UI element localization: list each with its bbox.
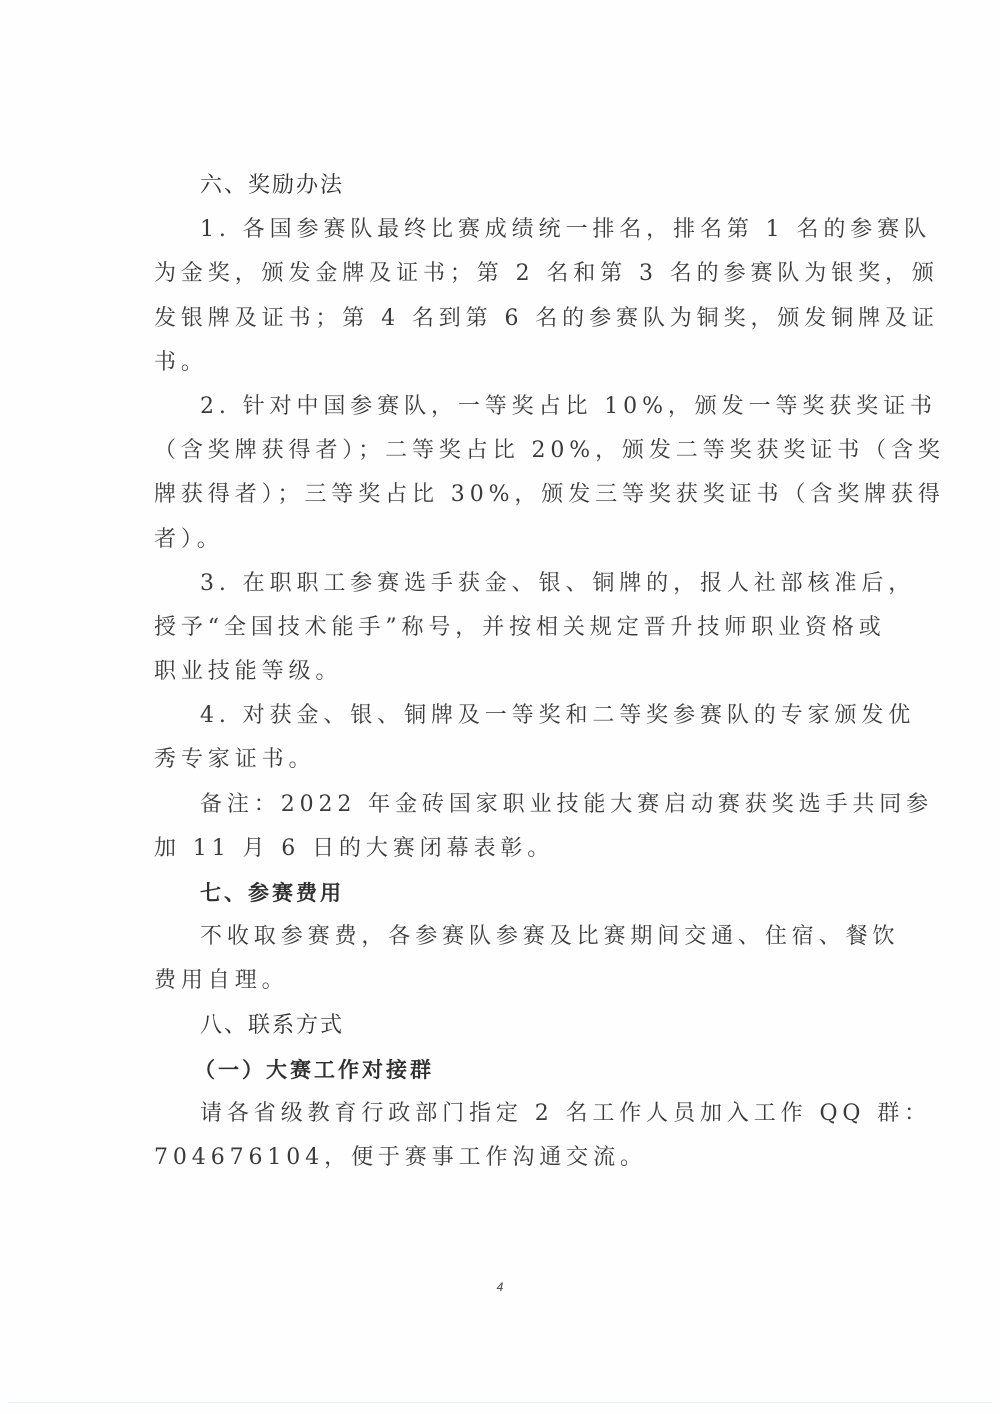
document-page: 六、奖励办法 1. 各国参赛队最终比赛成绩统一排名，排名第 1 名的参赛队 为金…	[0, 0, 1000, 1414]
section-heading-fees: 七、参赛费用	[154, 871, 854, 915]
section-heading-rewards: 六、奖励办法	[154, 164, 854, 208]
paragraph-rewards-4: 4. 对获金、银、铜牌及一等奖和二等奖参赛队的专家颁发优 秀专家证书。	[154, 694, 854, 782]
text-line: 加 11 月 6 日的大赛闭幕表彰。	[154, 827, 854, 871]
paragraph-remark: 备注：2022 年金砖国家职业技能大赛启动赛获奖选手共同参 加 11 月 6 日…	[154, 783, 854, 871]
text-line: 2. 针对中国参赛队，一等奖占比 10%，颁发一等奖获奖证书	[154, 385, 854, 429]
text-line: 4. 对获金、银、铜牌及一等奖和二等奖参赛队的专家颁发优	[154, 694, 854, 738]
text-line: 书。	[154, 341, 854, 385]
paragraph-rewards-1: 1. 各国参赛队最终比赛成绩统一排名，排名第 1 名的参赛队 为金奖，颁发金牌及…	[154, 208, 854, 385]
text-line: 职业技能等级。	[154, 650, 854, 694]
text-line: 者）。	[154, 518, 854, 562]
text-line: 3. 在职职工参赛选手获金、银、铜牌的，报人社部核准后，	[154, 562, 854, 606]
paragraph-rewards-3: 3. 在职职工参赛选手获金、银、铜牌的，报人社部核准后， 授予“全国技术能手”称…	[154, 562, 854, 695]
document-body: 六、奖励办法 1. 各国参赛队最终比赛成绩统一排名，排名第 1 名的参赛队 为金…	[154, 164, 854, 1180]
text-line: 704676104，便于赛事工作沟通交流。	[154, 1136, 854, 1180]
text-line: 牌获得者）；三等奖占比 30%，颁发三等奖获奖证书（含奖牌获得	[154, 473, 854, 517]
text-line: 秀专家证书。	[154, 738, 854, 782]
text-line: 备注：2022 年金砖国家职业技能大赛启动赛获奖选手共同参	[154, 783, 854, 827]
text-line: 发银牌及证书；第 4 名到第 6 名的参赛队为铜奖，颁发铜牌及证	[154, 297, 854, 341]
subsection-heading-work-group: （一）大赛工作对接群	[154, 1048, 854, 1092]
text-line: 不收取参赛费，各参赛队参赛及比赛期间交通、住宿、餐饮	[154, 915, 854, 959]
scan-edge-line	[8, 1402, 992, 1403]
paragraph-fees: 不收取参赛费，各参赛队参赛及比赛期间交通、住宿、餐饮 费用自理。	[154, 915, 854, 1003]
section-heading-contact: 八、联系方式	[154, 1004, 854, 1048]
text-line: 授予“全国技术能手”称号，并按相关规定晋升技师职业资格或	[154, 606, 854, 650]
text-line: 请各省级教育行政部门指定 2 名工作人员加入工作 QQ 群：	[154, 1092, 854, 1136]
text-line: 费用自理。	[154, 959, 854, 1003]
text-line: 为金奖，颁发金牌及证书；第 2 名和第 3 名的参赛队为银奖，颁	[154, 252, 854, 296]
paragraph-rewards-2: 2. 针对中国参赛队，一等奖占比 10%，颁发一等奖获奖证书 （含奖牌获得者）；…	[154, 385, 854, 562]
text-line: 1. 各国参赛队最终比赛成绩统一排名，排名第 1 名的参赛队	[154, 208, 854, 252]
page-number: 4	[494, 1280, 506, 1294]
text-line: （含奖牌获得者）；二等奖占比 20%，颁发二等奖获奖证书（含奖	[154, 429, 854, 473]
paragraph-contact: 请各省级教育行政部门指定 2 名工作人员加入工作 QQ 群： 704676104…	[154, 1092, 854, 1180]
